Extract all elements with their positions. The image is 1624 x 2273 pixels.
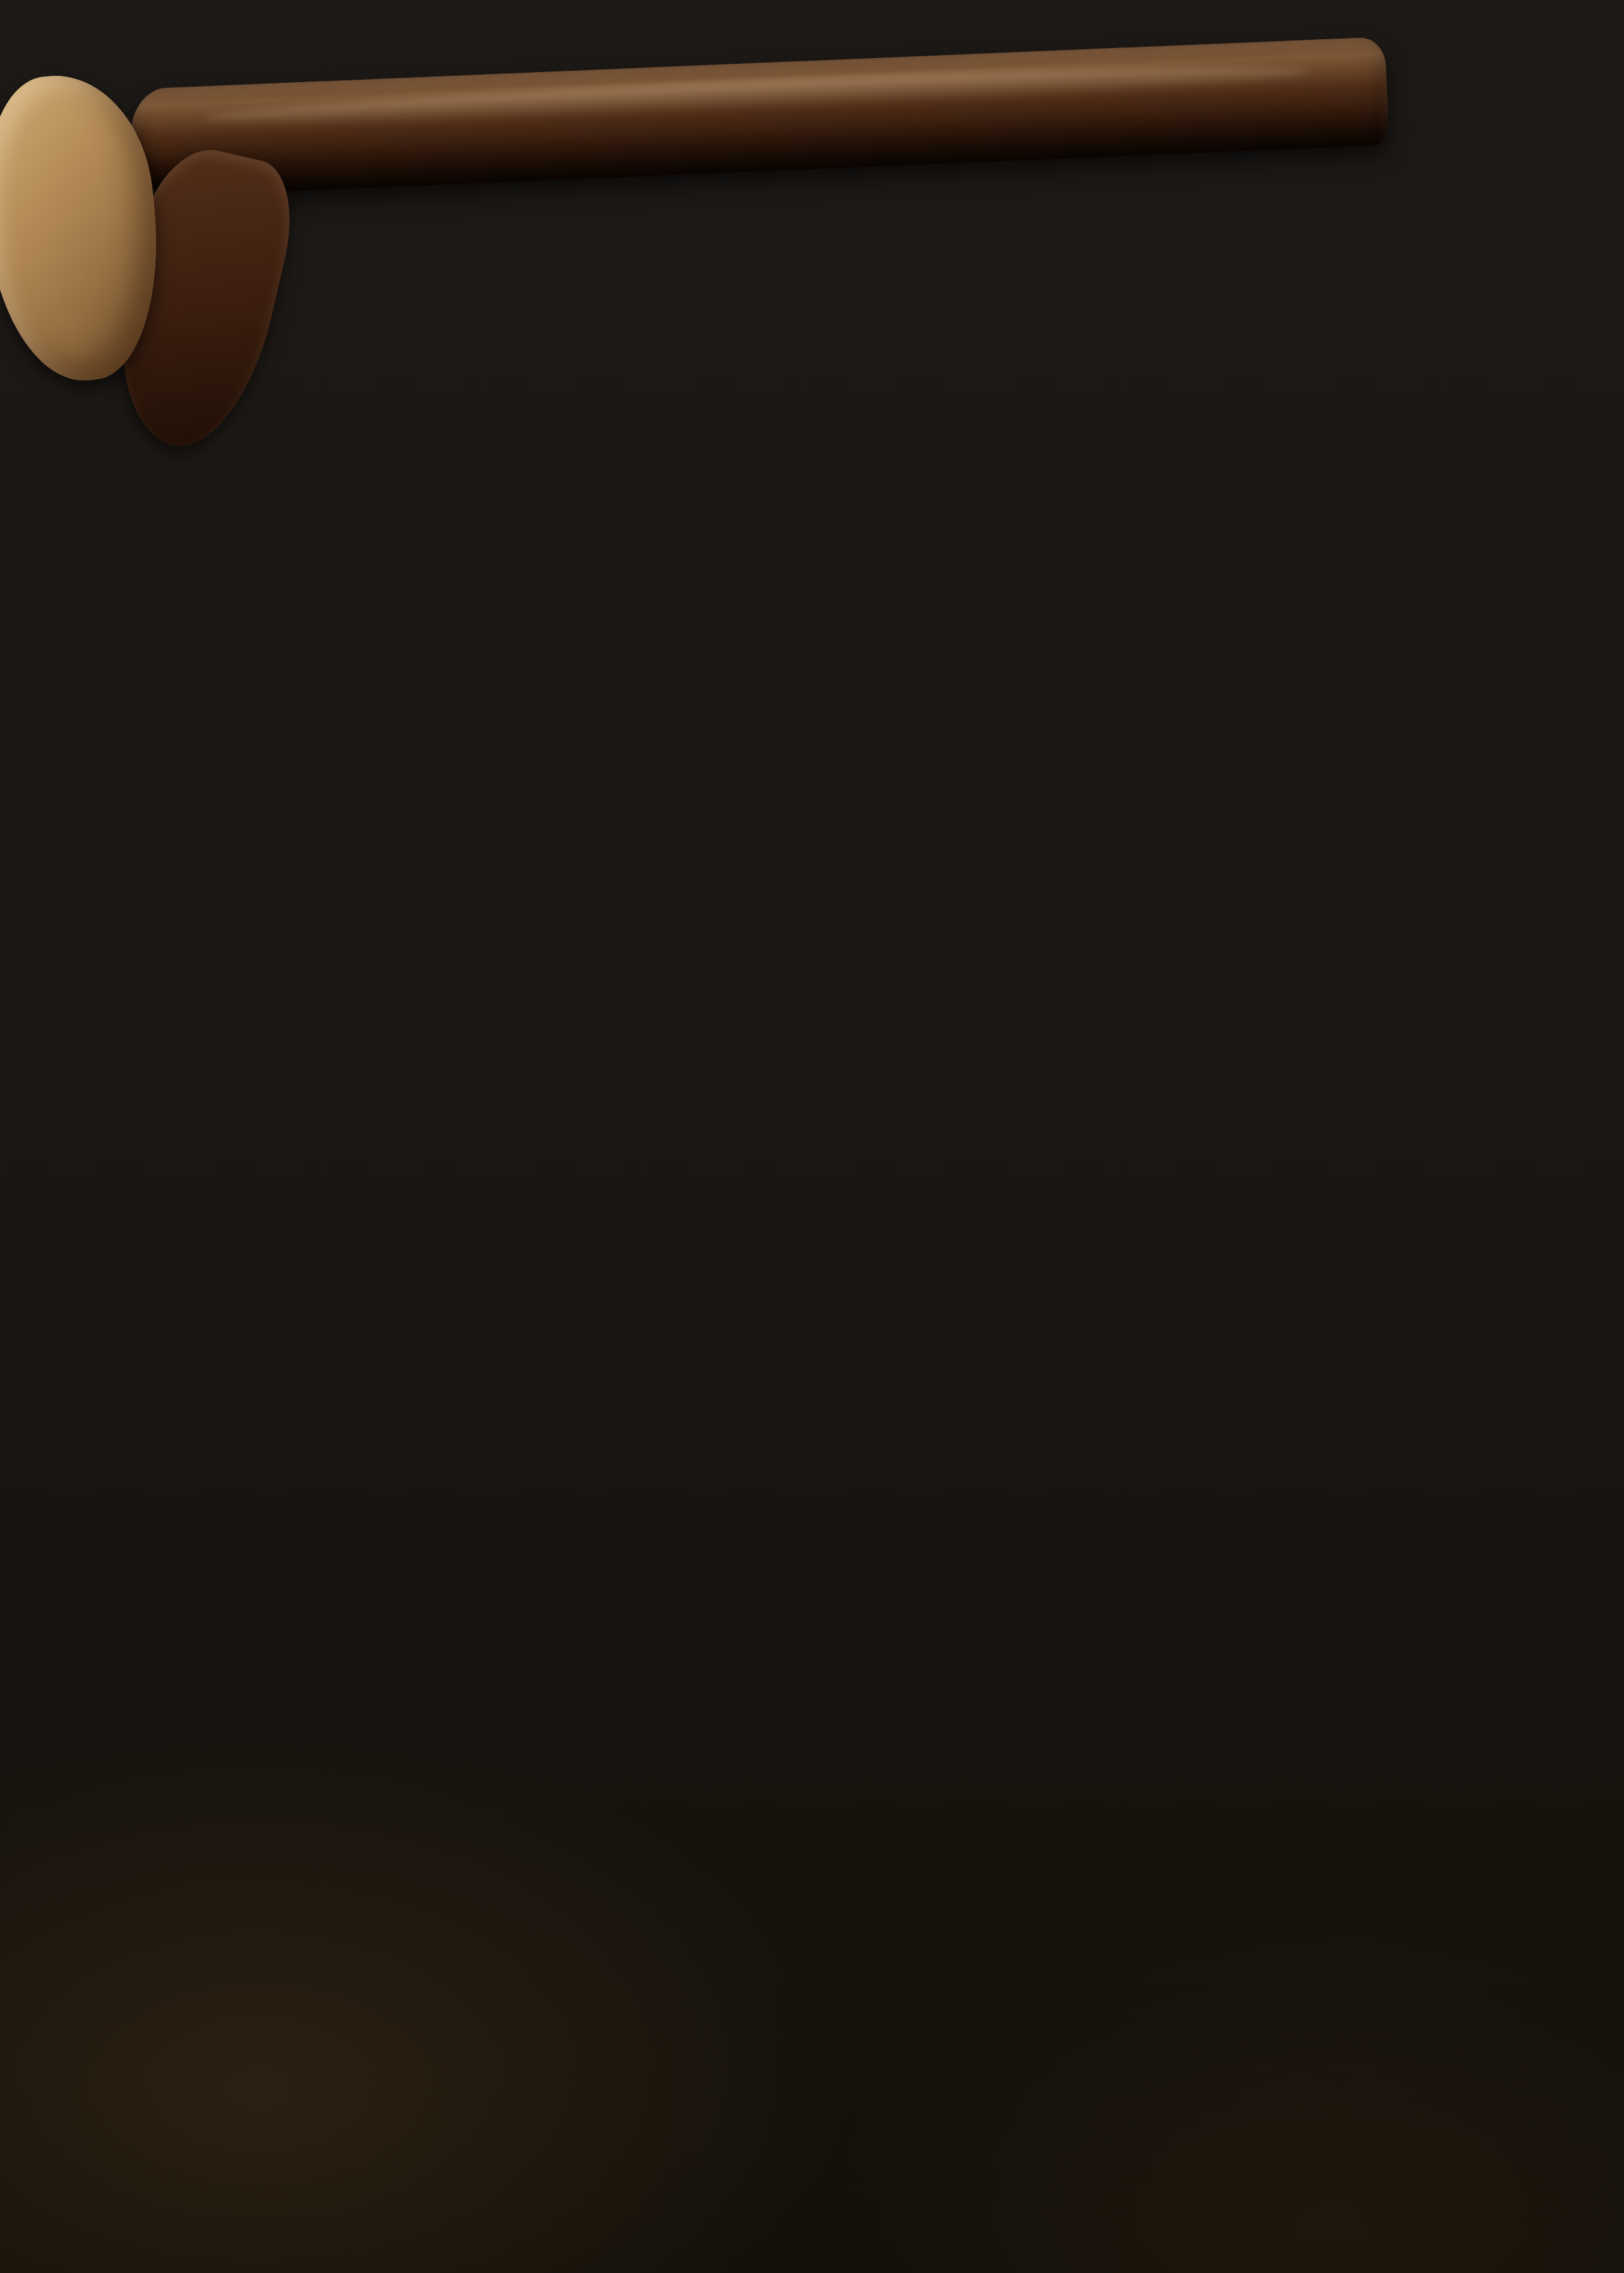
manuscript-photo: med vattō ef hañ er innan fylkisþa er þe… xyxy=(0,0,1624,2273)
